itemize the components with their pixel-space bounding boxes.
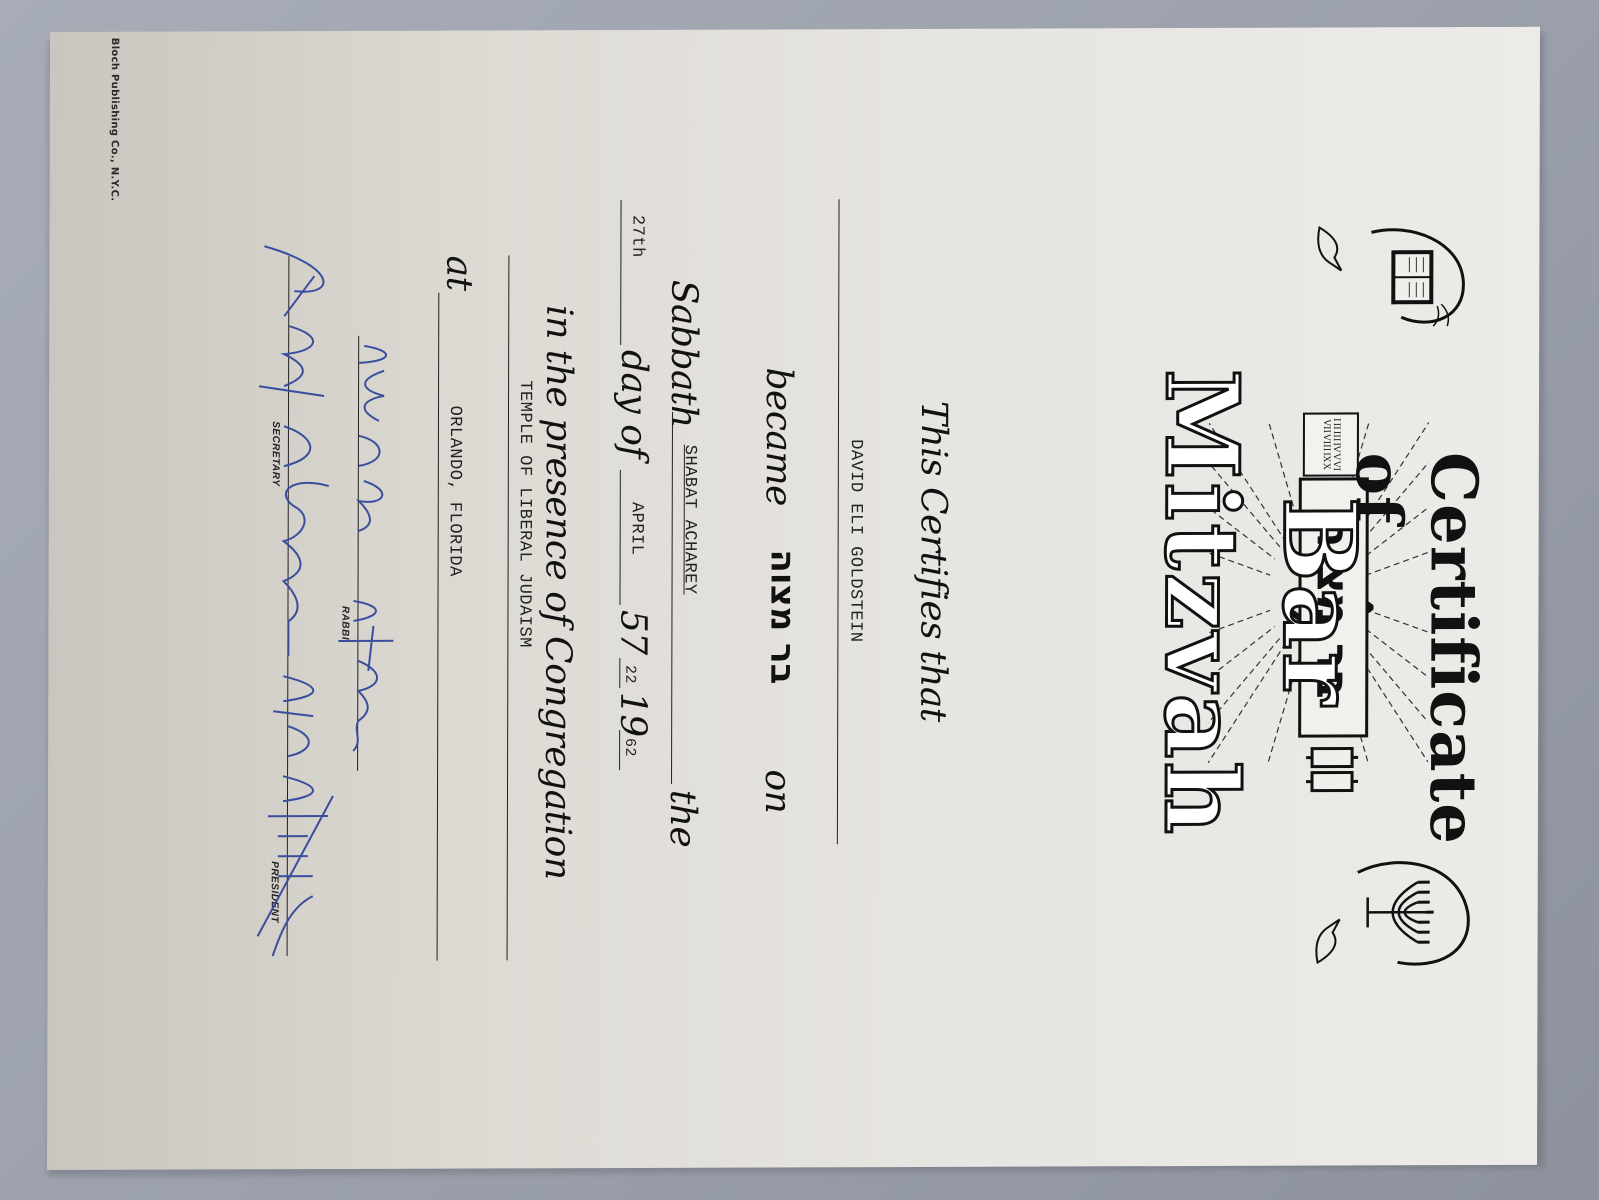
location-value: ORLANDO, FLORIDA xyxy=(445,406,464,577)
day-line xyxy=(620,200,621,345)
sabbath-line xyxy=(671,412,673,784)
became-label: became xyxy=(758,367,799,506)
sabbath-label: Sabbath xyxy=(663,280,704,428)
bar-mitzvah-certificate: I II III IV V VI VII VIII IX X בר מצוה xyxy=(47,27,1540,1170)
congregation-name: TEMPLE OF LIBERAL JUDAISM xyxy=(514,380,534,648)
hebrew-year-line xyxy=(619,658,620,688)
civil-year-line xyxy=(619,730,620,770)
month-value: APRIL xyxy=(627,502,646,556)
hebrew-year-suffix: 22 xyxy=(621,665,638,684)
location-line xyxy=(437,293,440,961)
secretary-and-president-signatures xyxy=(248,236,345,966)
name-line xyxy=(837,199,840,844)
sabbath-name: SHABAT ACHAREY xyxy=(680,445,699,595)
certifies-that-text: This Certifies that xyxy=(912,401,954,722)
certificate-header: I II III IV V VI VII VIII IX X בר מצוה xyxy=(1178,222,1500,963)
month-line xyxy=(619,470,620,605)
certificate-paper: I II III IV V VI VII VIII IX X בר מצוה xyxy=(47,27,1540,1170)
hebrew-year-prefix: 57 xyxy=(612,610,653,655)
recipient-name: DAVID ELI GOLDSTEIN xyxy=(845,439,865,642)
day-of-label: day of xyxy=(613,350,654,458)
publisher-imprint: Bloch Publishing Co., N.Y.C. xyxy=(109,38,120,202)
civil-year-suffix: 62 xyxy=(621,738,638,757)
certificate-title-bar-mitzvah: Bar Mitzvah xyxy=(1142,262,1380,943)
the-label: the xyxy=(662,790,703,848)
on-label: on xyxy=(757,769,798,813)
presence-of-congregation-text: in the presence of Congregation xyxy=(537,305,580,879)
hebrew-bar-mitzvah-text: בר מצוה xyxy=(762,549,802,684)
at-label: at xyxy=(438,256,479,291)
day-value: 27th xyxy=(627,215,646,258)
congregation-line xyxy=(507,255,510,960)
